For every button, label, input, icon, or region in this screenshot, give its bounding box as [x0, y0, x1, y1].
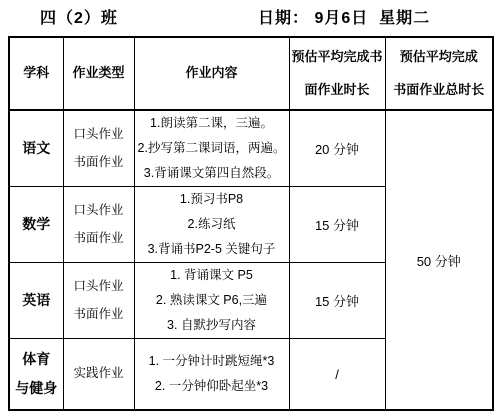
- column-header-estimated-total-time: 预估平均完成 书面作业总时长: [385, 37, 493, 110]
- subject-cell: 体育 与健身: [9, 339, 63, 411]
- homework-content-cell: 1. 一分钟计时跳短绳*3 2. 一分钟仰卧起坐*3: [134, 339, 289, 411]
- column-header-subject: 学科: [9, 37, 63, 110]
- homework-content-cell: 1.预习书P8 2.练习纸 3.背诵书P2-5 关键句子: [134, 187, 289, 263]
- homework-content-cell: 1.朗读第二课，三遍。 2.抄写第二课词语，两遍。 3.背诵课文第四自然段。: [134, 110, 289, 187]
- homework-sheet: 四（2）班 日期： 9月6日 星期二 学科 作业类型 作业内容 预估平均完成书 …: [0, 0, 500, 417]
- homework-type-cell: 口头作业 书面作业: [63, 263, 134, 339]
- table-header-row: 学科 作业类型 作业内容 预估平均完成书 面作业时长 预估平均完成 书面作业总时…: [9, 37, 493, 110]
- column-header-homework-content: 作业内容: [134, 37, 289, 110]
- homework-table: 学科 作业类型 作业内容 预估平均完成书 面作业时长 预估平均完成 书面作业总时…: [8, 36, 494, 411]
- subject-cell: 英语: [9, 263, 63, 339]
- subject-cell: 数学: [9, 187, 63, 263]
- homework-type-cell: 口头作业 书面作业: [63, 110, 134, 187]
- column-header-homework-type: 作业类型: [63, 37, 134, 110]
- subject-cell: 语文: [9, 110, 63, 187]
- row-chinese: 语文 口头作业 书面作业 1.朗读第二课，三遍。 2.抄写第二课词语，两遍。 3…: [9, 110, 493, 187]
- time-cell: 15 分钟: [289, 263, 385, 339]
- time-cell: /: [289, 339, 385, 411]
- time-cell: 20 分钟: [289, 110, 385, 187]
- column-header-estimated-time: 预估平均完成书 面作业时长: [289, 37, 385, 110]
- class-name-label: 四（2）班: [40, 5, 118, 28]
- homework-type-cell: 实践作业: [63, 339, 134, 411]
- total-time-cell: 50 分钟: [385, 110, 493, 410]
- time-cell: 15 分钟: [289, 187, 385, 263]
- homework-type-cell: 口头作业 书面作业: [63, 187, 134, 263]
- sheet-header: 四（2）班 日期： 9月6日 星期二: [0, 0, 500, 36]
- homework-content-cell: 1. 背诵课文 P5 2. 熟读课文 P6,三遍 3. 自默抄写内容: [134, 263, 289, 339]
- date-label: 日期： 9月6日 星期二: [258, 5, 430, 28]
